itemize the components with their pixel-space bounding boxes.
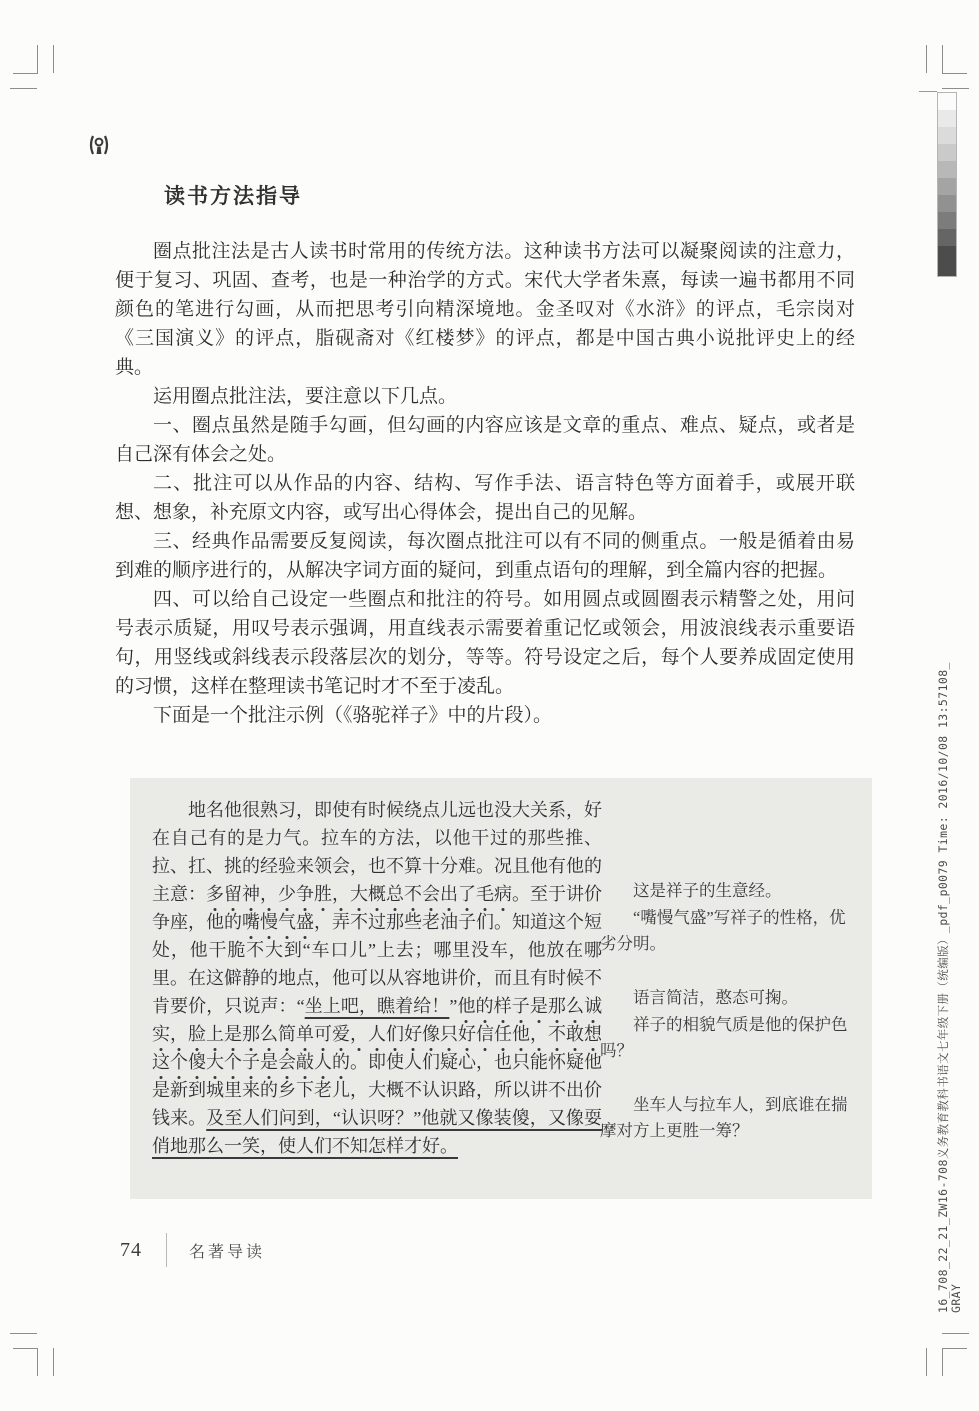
margin-annotations: 这是祥子的生意经。“嘴慢气盛”写祥子的性格，优劣分明。语言简洁，憨态可掬。祥子的… [600,778,852,1144]
page-title: 读书方法指导 [164,180,302,210]
section-label: 名著导读 [189,1239,265,1262]
paragraph: 下面是一个批注示例（《骆驼祥子》中的片段）。 [115,701,855,730]
grayscale-step [938,178,956,195]
grayscale-step [938,144,956,161]
annotation-example-box: 地名他很熟习，即使有时候绕点儿远也没大关系，好在自己有的是力气。拉车的方法，以他… [130,778,872,1199]
grayscale-bar-tick [919,91,937,92]
annotation-note: 祥子的相貌气质是他的保护色吗？ [600,1012,852,1064]
annotation-note: “嘴慢气盛”写祥子的性格，优劣分明。 [600,905,852,957]
grayscale-step [938,93,956,110]
paragraph: 四、可以给自己设定一些圈点和批注的符号。如用圆点或圆圈表示精警之处，用问号表示质… [115,585,855,701]
grayscale-step [938,127,956,144]
paragraph: 圈点批注法是古人读书时常用的传统方法。这种读书方法可以凝聚阅读的注意力，便于复习… [115,237,855,382]
grayscale-step [938,110,956,127]
grayscale-step [938,212,956,229]
annotation-note: 语言简洁，憨态可掬。 [600,985,852,1011]
publisher-logo-icon [86,134,112,156]
annotation-note: 这是祥子的生意经。 [600,878,852,904]
body-paragraphs: 圈点批注法是古人读书时常用的传统方法。这种读书方法可以凝聚阅读的注意力，便于复习… [115,237,855,730]
grayscale-calibration-bar [937,92,957,277]
watermark-gray-label: GRAY [950,608,963,1313]
grayscale-step [938,246,956,276]
page-number: 74 [120,1239,142,1262]
passage-segment-underline: 及至人们问到，“认识呀？”他就又像装傻，又像耍俏地那么一笑，使人们不知怎样才好。 [152,1108,602,1156]
scan-watermark: 16_708_22_21_ZW16-708义务教育教科书语文七年级下册（统编版）… [937,608,963,1313]
passage-segment-underline: 坐上吧，瞧着给！ [305,996,450,1016]
grayscale-step [938,161,956,178]
paragraph: 一、圈点虽然是随手勾画，但勾画的内容应该是文章的重点、难点、疑点，或者是自己深有… [115,411,855,469]
page-footer: 74 名著导读 [120,1233,265,1267]
grayscale-step [938,195,956,212]
passage-segment-dots: 嘴慢气盛 [242,912,314,932]
paragraph: 运用圈点批注法，要注意以下几点。 [115,382,855,411]
annotation-note: 坐车人与拉车人，到底谁在揣摩对方上更胜一筹？ [600,1092,852,1144]
paragraph: 三、经典作品需要反复阅读，每次圈点批注可以有不同的侧重点。一般是循着由易到难的顺… [115,527,855,585]
example-passage: 地名他很熟习，即使有时候绕点儿远也没大关系，好在自己有的是力气。拉车的方法，以他… [152,796,602,1160]
watermark-text: 16_708_22_21_ZW16-708义务教育教科书语文七年级下册（统编版）… [937,608,950,1313]
grayscale-step [938,229,956,246]
passage-segment-dots: 多留神，少争胜，大概总不会出了毛病 [206,884,512,904]
textbook-page: 读书方法指导 圈点批注法是古人读书时常用的传统方法。这种读书方法可以凝聚阅读的注… [0,0,979,1411]
paragraph: 二、批注可以从作品的内容、结构、写作手法、语言特色等方面着手，或展开联想、想象，… [115,469,855,527]
footer-divider [166,1233,167,1267]
